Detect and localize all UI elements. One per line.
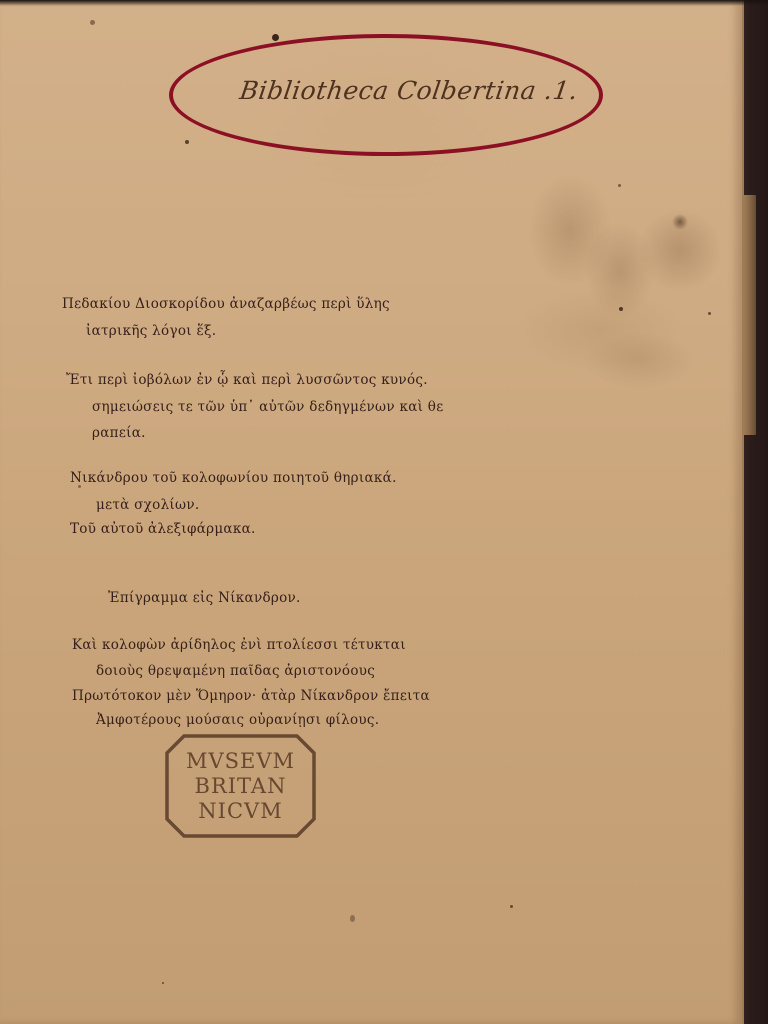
top-edge-shadow [0, 0, 768, 6]
document-photo: Bibliotheca Colbertina .1. Πεδακίου Διοσ… [0, 0, 768, 1024]
title-line: ραπεία. [92, 425, 146, 441]
title-line: σημειώσεις τε τῶν ὑπ᾽ αὐτῶν δεδηγμένων κ… [92, 399, 444, 415]
title-line: μετὰ σχολίων. [96, 497, 199, 513]
title-line: Ἔτι περὶ ἰοβόλων ἐν ᾧ καὶ περὶ λυσσῶντος… [66, 372, 428, 388]
ink-speck [618, 184, 621, 187]
ink-speck [350, 915, 355, 922]
stamp-line: NICVM [164, 800, 317, 822]
museum-stamp: MVSEVM BRITAN NICVM [164, 733, 317, 839]
ink-speck [619, 307, 623, 311]
epigram-line: δοιοὺς θρεψαμένη παῖδας ἀριστονόους [96, 663, 375, 679]
highlight-ellipse [169, 34, 603, 156]
ink-speck [708, 312, 711, 315]
title-line: Πεδακίου Διοσκορίδου ἀναζαρβέως περὶ ὕλη… [62, 296, 390, 312]
binding-paper-tab [742, 195, 756, 435]
epigram-line: Πρωτότοκον μὲν Ὅμηρον· ἀτὰρ Νίκανδρον ἔπ… [72, 688, 430, 704]
epigram-line: Καὶ κολοφὼν ἀρίδηλος ἐνὶ πτολίεσσι τέτυκ… [72, 637, 406, 653]
ink-speck [162, 982, 164, 984]
stamp-line: BRITAN [164, 775, 317, 797]
title-page: Bibliotheca Colbertina .1. Πεδακίου Διοσ… [0, 0, 744, 1024]
ink-speck [510, 905, 513, 908]
epigram-heading: Ἐπίγραμμα εἰς Νίκανδρον. [108, 590, 301, 606]
title-line: Τοῦ αὐτοῦ ἀλεξιφάρμακα. [70, 521, 256, 537]
title-line: Νικάνδρου τοῦ κολοφωνίου ποιητοῦ θηριακά… [70, 470, 397, 486]
ink-speck [185, 140, 189, 144]
title-line: ἰατρικῆς λόγοι ἕξ. [86, 323, 216, 339]
ink-speck [272, 34, 279, 41]
ink-speck [90, 20, 95, 25]
epigram-line: Ἀμφοτέρους μούσαις οὐρανίῃσι φίλους. [96, 712, 379, 728]
stamp-line: MVSEVM [164, 750, 317, 772]
